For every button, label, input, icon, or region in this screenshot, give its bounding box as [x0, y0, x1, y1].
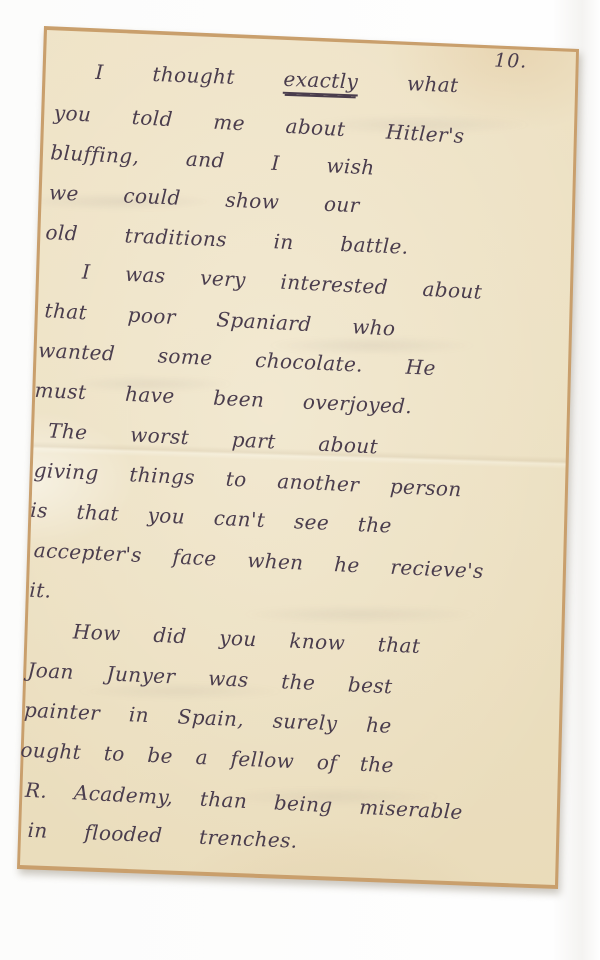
- photo-backdrop: 10. I thought exactly what you told me a…: [0, 0, 600, 960]
- letter-line: I was very interested about: [81, 260, 482, 304]
- handwriting-layer: 10. I thought exactly what you told me a…: [13, 28, 567, 917]
- letter-line: ought to be a fellow of the: [20, 738, 394, 778]
- letter-line: accepter's face when he recieve's: [33, 538, 484, 583]
- letter-line: giving things to another person: [33, 458, 462, 501]
- letter-line: The worst part about: [48, 418, 379, 458]
- letter-line: must have been overjoyed.: [34, 378, 412, 418]
- letter-line: Joan Junyer was the best: [27, 658, 393, 699]
- letter-line: we could show our: [48, 180, 360, 217]
- letter-line: R. Academy, than being miserable: [24, 778, 463, 824]
- letter-line: old traditions in battle.: [45, 220, 409, 259]
- letter-line: I thought exactly what: [95, 60, 459, 97]
- letter-line: in flooded trenches.: [27, 818, 298, 853]
- letter-text: what: [407, 71, 459, 97]
- letter-line: that poor Spaniard who: [44, 298, 396, 340]
- letter-line: it.: [29, 578, 52, 603]
- letter-line: wanted some chocolate. He: [38, 338, 437, 380]
- underlined-word: exactly: [283, 67, 359, 97]
- letter-text: I thought: [95, 60, 235, 89]
- letter-line: bluffing, and I wish: [50, 140, 375, 179]
- page-number: 10.: [494, 49, 528, 72]
- letter-line: is that you can't see the: [30, 498, 392, 538]
- letter-line: painter in Spain, surely he: [23, 698, 392, 738]
- letter-line: you told me about Hitler's: [53, 100, 465, 148]
- letter-line: How did you know that: [72, 619, 420, 658]
